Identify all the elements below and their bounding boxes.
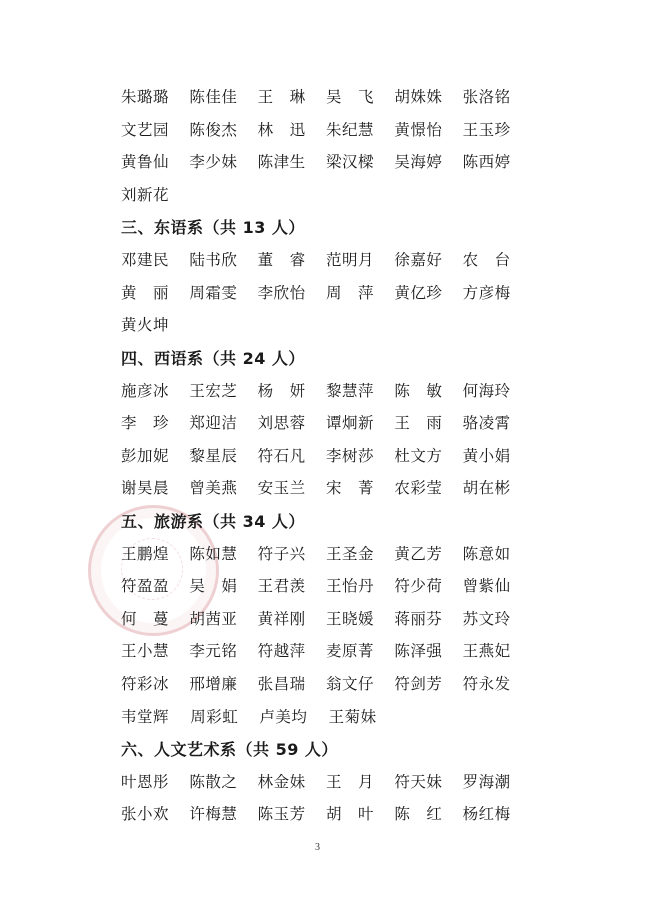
page-number: 3: [315, 842, 320, 853]
person-name: 李欣怡: [258, 281, 326, 303]
person-name: 黄亿珍: [394, 281, 462, 303]
name-row: 朱璐璐陈佳佳王 琳吴 飞胡姝姝张洛铭: [121, 80, 531, 113]
person-name: 林金妹: [258, 770, 326, 792]
person-name: 黄鲁仙: [121, 150, 189, 172]
person-name: 麦原菁: [326, 639, 394, 661]
person-name: 邓建民: [121, 248, 189, 270]
person-name: 骆凌霄: [463, 411, 531, 433]
person-name: 何 蔓: [121, 607, 189, 629]
person-name: 许梅慧: [189, 802, 257, 824]
department-heading: 三、东语系（共 13 人）: [121, 210, 531, 243]
name-row: 韦堂辉周彩虹卢美均王菊妹: [121, 699, 531, 732]
person-name: 陈如慧: [189, 542, 257, 564]
person-name: 符永发: [463, 672, 531, 694]
document-page: 朱璐璐陈佳佳王 琳吴 飞胡姝姝张洛铭文艺园陈俊杰林 迅朱纪慧黄憬怡王玉珍黄鲁仙李…: [0, 0, 646, 915]
name-row: 黄火坤: [121, 308, 531, 341]
person-name: 陈 红: [394, 802, 462, 824]
name-row: 施彦冰王宏芝杨 妍黎慧萍陈 敏何海玲: [121, 373, 531, 406]
person-name: 黎星辰: [189, 444, 257, 466]
name-row: 叶恩彤陈散之林金妹王 月符天妹罗海潮: [121, 764, 531, 797]
person-name: 陆书欣: [189, 248, 257, 270]
person-name: 符天妹: [394, 770, 462, 792]
name-row: 王小慧李元铭符越萍麦原菁陈泽强王燕妃: [121, 634, 531, 667]
person-name: 曾美燕: [189, 476, 257, 498]
person-name: 陈津生: [258, 150, 326, 172]
name-row: 谢昊晨曾美燕安玉兰宋 菁农彩莹胡在彬: [121, 471, 531, 504]
person-name: 吴 飞: [326, 85, 394, 107]
person-name: 黄小娟: [463, 444, 531, 466]
person-name: 胡在彬: [463, 476, 531, 498]
person-name: 安玉兰: [258, 476, 326, 498]
person-name: 王君羡: [258, 574, 326, 596]
person-name: 杨 妍: [258, 379, 326, 401]
department-heading: 五、旅游系（共 34 人）: [121, 504, 531, 537]
person-name: 黄乙芳: [394, 542, 462, 564]
person-name: 符剑芳: [394, 672, 462, 694]
person-name: 王晓媛: [326, 607, 394, 629]
person-name: 吴海婷: [394, 150, 462, 172]
person-name: 翁文仔: [326, 672, 394, 694]
person-name: 符少荷: [394, 574, 462, 596]
person-name: 胡茜亚: [189, 607, 257, 629]
person-name: 陈散之: [189, 770, 257, 792]
person-name: 董 睿: [258, 248, 326, 270]
person-name: 陈 敏: [394, 379, 462, 401]
person-name: 王小慧: [121, 639, 189, 661]
name-row: 张小欢许梅慧陈玉芳胡 叶陈 红杨红梅: [121, 797, 531, 830]
person-name: 陈玉芳: [258, 802, 326, 824]
person-name: 张洛铭: [463, 85, 531, 107]
person-name: 刘新花: [121, 183, 190, 205]
person-name: 蒋丽芬: [394, 607, 462, 629]
person-name: 王 月: [326, 770, 394, 792]
person-name: 陈西婷: [463, 150, 531, 172]
name-row: 符盈盈吴 娟王君羡王怡丹符少荷曾紫仙: [121, 569, 531, 602]
name-row: 符彩冰邢增廉张昌瑞翁文仔符剑芳符永发: [121, 667, 531, 700]
person-name: 黄憬怡: [394, 118, 462, 140]
person-name: 李元铭: [189, 639, 257, 661]
name-row: 黄鲁仙李少妹陈津生梁汉樑吴海婷陈西婷: [121, 145, 531, 178]
person-name: 刘思蓉: [258, 411, 326, 433]
person-name: 吴 娟: [189, 574, 257, 596]
person-name: 张小欢: [121, 802, 189, 824]
person-name: 苏文玲: [463, 607, 531, 629]
person-name: 黄祥刚: [258, 607, 326, 629]
person-name: 黎慧萍: [326, 379, 394, 401]
person-name: 陈佳佳: [189, 85, 257, 107]
person-name: 符越萍: [258, 639, 326, 661]
person-name: 梁汉樑: [326, 150, 394, 172]
person-name: 农 台: [463, 248, 531, 270]
person-name: 郑迎洁: [189, 411, 257, 433]
person-name: 符彩冰: [121, 672, 189, 694]
name-row: 黄 丽周霜雯李欣怡周 萍黄亿珍方彦梅: [121, 276, 531, 309]
person-name: 宋 菁: [326, 476, 394, 498]
person-name: 邢增廉: [189, 672, 257, 694]
person-name: 谭炯新: [326, 411, 394, 433]
person-name: 符子兴: [258, 542, 326, 564]
person-name: 曾紫仙: [463, 574, 531, 596]
person-name: 胡姝姝: [394, 85, 462, 107]
person-name: 周霜雯: [189, 281, 257, 303]
person-name: 王 琳: [258, 85, 326, 107]
person-name: 王宏芝: [189, 379, 257, 401]
person-name: 文艺园: [121, 118, 189, 140]
person-name: 王燕妃: [463, 639, 531, 661]
person-name: 叶恩彤: [121, 770, 189, 792]
person-name: 王鹏煌: [121, 542, 189, 564]
person-name: 周彩虹: [190, 705, 259, 727]
person-name: 朱纪慧: [326, 118, 394, 140]
person-name: 陈意如: [463, 542, 531, 564]
person-name: 黄 丽: [121, 281, 189, 303]
person-name: 林 迅: [258, 118, 326, 140]
name-row: 邓建民陆书欣董 睿范明月徐嘉好农 台: [121, 243, 531, 276]
name-row: 王鹏煌陈如慧符子兴王圣金黄乙芳陈意如: [121, 536, 531, 569]
person-name: 方彦梅: [463, 281, 531, 303]
person-name: 李树莎: [326, 444, 394, 466]
person-name: 胡 叶: [326, 802, 394, 824]
person-name: 谢昊晨: [121, 476, 189, 498]
person-name: 李 珍: [121, 411, 189, 433]
person-name: 陈俊杰: [189, 118, 257, 140]
person-name: 王菊妹: [329, 705, 398, 727]
person-name: 黄火坤: [121, 313, 190, 335]
person-name: 王玉珍: [463, 118, 531, 140]
person-name: 徐嘉好: [394, 248, 462, 270]
name-row: 文艺园陈俊杰林 迅朱纪慧黄憬怡王玉珍: [121, 113, 531, 146]
person-name: 王怡丹: [326, 574, 394, 596]
person-name: 何海玲: [463, 379, 531, 401]
person-name: 卢美均: [259, 705, 328, 727]
person-name: 罗海潮: [463, 770, 531, 792]
name-row: 何 蔓胡茜亚黄祥刚王晓媛蒋丽芬苏文玲: [121, 602, 531, 635]
person-name: 李少妹: [189, 150, 257, 172]
person-name: 范明月: [326, 248, 394, 270]
name-row: 刘新花: [121, 178, 531, 211]
name-row: 彭加妮黎星辰符石凡李树莎杜文方黄小娟: [121, 439, 531, 472]
person-name: 符石凡: [258, 444, 326, 466]
person-name: 朱璐璐: [121, 85, 189, 107]
person-name: 彭加妮: [121, 444, 189, 466]
person-name: 符盈盈: [121, 574, 189, 596]
person-name: 陈泽强: [394, 639, 462, 661]
department-heading: 四、西语系（共 24 人）: [121, 341, 531, 374]
person-name: 王 雨: [394, 411, 462, 433]
person-name: 施彦冰: [121, 379, 189, 401]
person-name: 杜文方: [394, 444, 462, 466]
person-name: 周 萍: [326, 281, 394, 303]
person-name: 张昌瑞: [258, 672, 326, 694]
person-name: 杨红梅: [463, 802, 531, 824]
name-list: 朱璐璐陈佳佳王 琳吴 飞胡姝姝张洛铭文艺园陈俊杰林 迅朱纪慧黄憬怡王玉珍黄鲁仙李…: [121, 80, 531, 830]
person-name: 王圣金: [326, 542, 394, 564]
person-name: 韦堂辉: [121, 705, 190, 727]
department-heading: 六、人文艺术系（共 59 人）: [121, 732, 531, 765]
person-name: 农彩莹: [394, 476, 462, 498]
name-row: 李 珍郑迎洁刘思蓉谭炯新王 雨骆凌霄: [121, 406, 531, 439]
